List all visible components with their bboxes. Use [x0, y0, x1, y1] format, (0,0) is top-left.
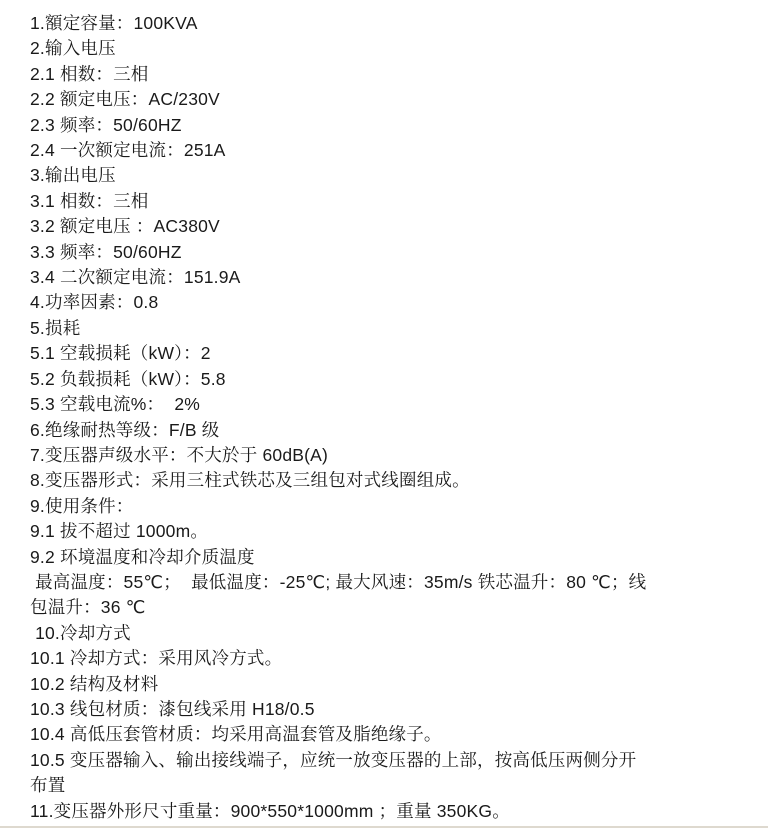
- doc-line: 5.损耗: [30, 316, 752, 341]
- doc-line: 11.变压器外形尺寸重量：900*550*1000mm ；重量 350KG。: [30, 799, 752, 824]
- doc-line: 9.2 环境温度和冷却介质温度: [30, 545, 752, 570]
- doc-line: 5.1 空载损耗（kW）：2: [30, 341, 752, 366]
- doc-line: 3.4 二次额定电流：151.9A: [30, 265, 752, 290]
- doc-line: 10.2 结构及材料: [30, 672, 752, 697]
- doc-line: 9.1 拔不超过 1000m。: [30, 519, 752, 544]
- doc-line: 5.2 负载损耗（kW）：5.8: [30, 367, 752, 392]
- doc-line: 7.变压器声级水平：不大於于 60dB(A): [30, 443, 752, 468]
- doc-line: 4.功率因素：0.8: [30, 290, 752, 315]
- document-page: 1.額定容量：100KVA2.输入电压2.1 相数：三相2.2 额定电压：AC/…: [0, 0, 768, 834]
- doc-line: 3.2 额定电压 ：AC380V: [30, 214, 752, 239]
- doc-line: 2.输入电压: [30, 36, 752, 61]
- doc-line: 2.4 一次额定电流：251A: [30, 138, 752, 163]
- doc-line: 最高温度：55℃； 最低温度：-25℃; 最大风速：35m/s 铁芯温升：80 …: [30, 570, 752, 595]
- doc-line: 2.1 相数：三相: [30, 62, 752, 87]
- doc-line: 10.5 变压器输入、输出接线端子，应统一放变压器的上部，按高低压两侧分开: [30, 748, 752, 773]
- doc-line: 10.1 冷却方式：采用风冷方式。: [30, 646, 752, 671]
- doc-line: 3.3 频率：50/60HZ: [30, 240, 752, 265]
- doc-line: 2.2 额定电压：AC/230V: [30, 87, 752, 112]
- doc-line: 6.绝缘耐热等级：F/B 级: [30, 418, 752, 443]
- doc-line: 8.变压器形式：采用三柱式铁芯及三组包对式线圈组成。: [30, 468, 752, 493]
- doc-line: 3.输出电压: [30, 163, 752, 188]
- doc-line: 布置: [30, 773, 752, 798]
- doc-line: 10.3 线包材质：漆包线采用 H18/0.5: [30, 697, 752, 722]
- doc-line: 10.冷却方式: [30, 621, 752, 646]
- doc-line: 2.3 频率：50/60HZ: [30, 113, 752, 138]
- page-bottom-edge: [0, 826, 768, 828]
- doc-line: 9.使用条件：: [30, 494, 752, 519]
- doc-line: 10.4 高低压套管材质：均采用高温套管及脂绝缘子。: [30, 722, 752, 747]
- doc-line: 包温升：36 ℃: [30, 595, 752, 620]
- doc-line: 1.額定容量：100KVA: [30, 11, 752, 36]
- spec-list: 1.額定容量：100KVA2.输入电压2.1 相数：三相2.2 额定电压：AC/…: [30, 11, 752, 824]
- doc-line: 3.1 相数：三相: [30, 189, 752, 214]
- doc-line: 5.3 空载电流%： 2%: [30, 392, 752, 417]
